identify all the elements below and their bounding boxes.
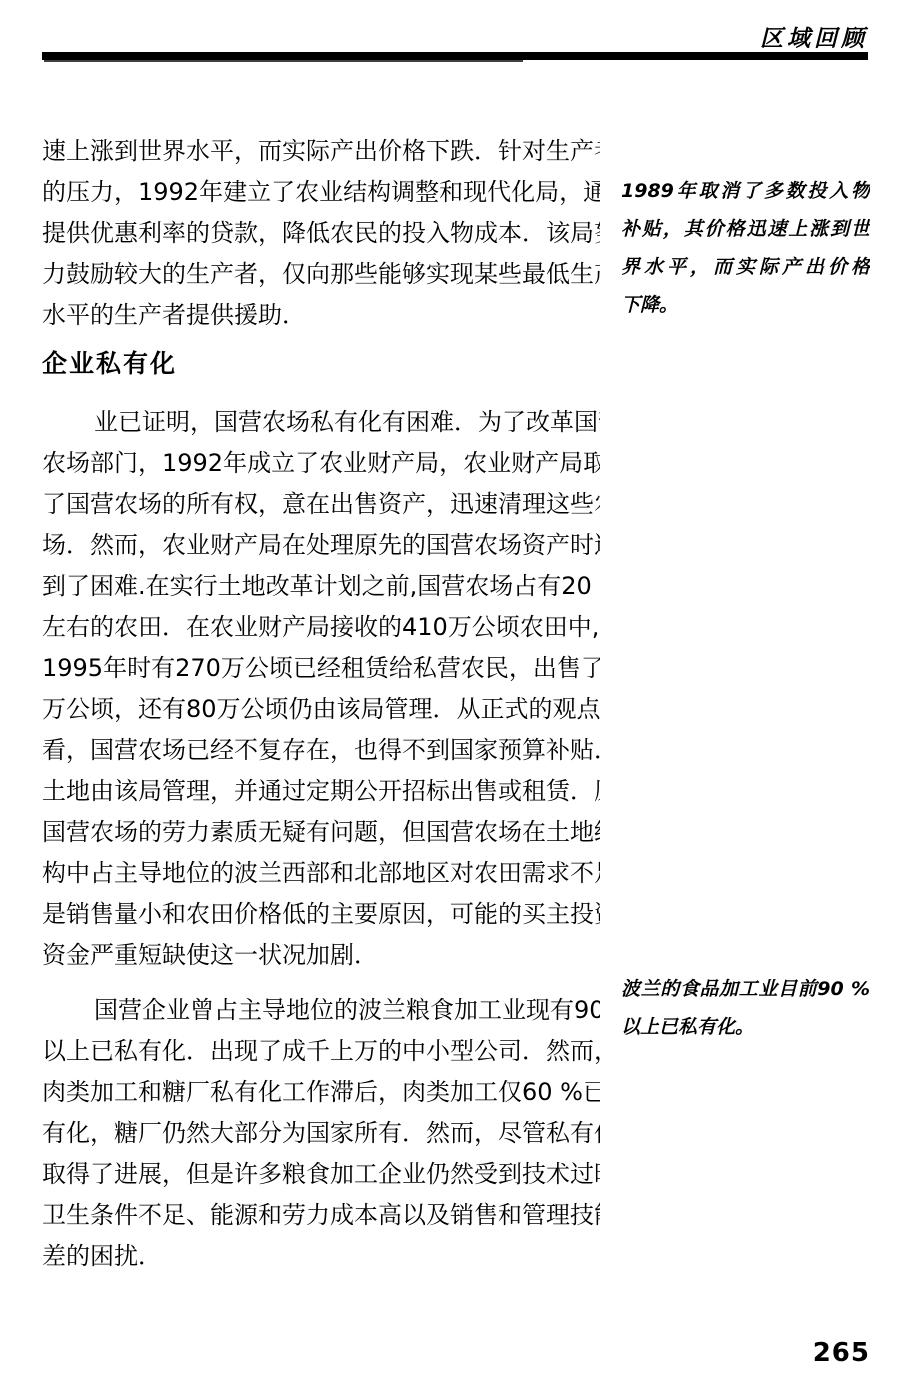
text-line: 国营农场的劳力素质无疑有问题，但国营农场在土地结 <box>42 812 600 853</box>
text-line: 国营企业曾占主导地位的波兰粮食加工业现有90 % <box>42 990 600 1031</box>
text-line: 农场部门，1992年成立了农业财产局，农业财产局取得 <box>42 443 600 484</box>
text-line: 界水平，而实际产出价格 <box>621 248 870 286</box>
header-rule <box>42 52 868 60</box>
text-line: 补贴，其价格迅速上涨到世 <box>621 210 870 248</box>
section-heading: 企业私有化 <box>42 350 600 378</box>
text-line: 业已证明，国营农场私有化有困难．为了改革国营 <box>42 402 600 443</box>
text-line: 看，国营农场已经不复存在，也得不到国家预算补贴． <box>42 730 600 771</box>
text-line: 构中占主导地位的波兰西部和北部地区对农田需求不足， <box>42 853 600 894</box>
text-line: 了国营农场的所有权，意在出售资产，迅速清理这些农 <box>42 484 600 525</box>
text-line: 以上已私有化．出现了成千上万的中小型公司．然而， <box>42 1031 600 1072</box>
text-line: 速上涨到世界水平，而实际产出价格下跌．针对生产者 <box>42 131 600 172</box>
paragraph: 业已证明，国营农场私有化有困难．为了改革国营农场部门，1992年成立了农业财产局… <box>42 402 600 976</box>
text-line: 1989年取消了多数投入物 <box>621 172 870 210</box>
margin-note: 1989年取消了多数投入物补贴，其价格迅速上涨到世界水平，而实际产出价格下降。 <box>621 172 870 324</box>
page-number: 265 <box>813 1338 870 1368</box>
text-line: 万公顷，还有80万公顷仍由该局管理．从正式的观点来 <box>42 689 600 730</box>
text-line: 到了困难.在实行土地改革计划之前,国营农场占有20 % <box>42 566 600 607</box>
paragraph: 国营企业曾占主导地位的波兰粮食加工业现有90 %以上已私有化．出现了成千上万的中… <box>42 990 600 1277</box>
text-line: 资金严重短缺使这一状况加剧． <box>42 935 600 976</box>
text-line: 下降。 <box>621 286 870 324</box>
text-line: 肉类加工和糖厂私有化工作滞后，肉类加工仅60 %已私 <box>42 1072 600 1113</box>
text-line: 取得了进展，但是许多粮食加工企业仍然受到技术过时、 <box>42 1154 600 1195</box>
text-line: 土地由该局管理，并通过定期公开招标出售或租赁．原 <box>42 771 600 812</box>
text-line: 有化，糖厂仍然大部分为国家所有．然而，尽管私有化 <box>42 1113 600 1154</box>
running-header: 区域回顾 <box>760 20 868 53</box>
text-line: 以上已私有化。 <box>621 1008 870 1046</box>
text-line: 的压力，1992年建立了农业结构调整和现代化局，通过 <box>42 172 600 213</box>
text-line: 水平的生产者提供援助． <box>42 295 600 336</box>
text-line: 1995年时有270万公顷已经租赁给私营农民，出售了11.6 <box>42 648 600 689</box>
body-column: 速上涨到世界水平，而实际产出价格下跌．针对生产者的压力，1992年建立了农业结构… <box>42 131 600 1277</box>
margin-note: 波兰的食品加工业目前90 %以上已私有化。 <box>621 970 870 1046</box>
text-line: 左右的农田．在农业财产局接收的410万公顷农田中,到 <box>42 607 600 648</box>
text-line: 提供优惠利率的贷款，降低农民的投入物成本．该局努 <box>42 213 600 254</box>
paragraph: 速上涨到世界水平，而实际产出价格下跌．针对生产者的压力，1992年建立了农业结构… <box>42 131 600 336</box>
text-line: 卫生条件不足、能源和劳力成本高以及销售和管理技能 <box>42 1195 600 1236</box>
text-line: 波兰的食品加工业目前90 % <box>621 970 870 1008</box>
document-page: 区域回顾 速上涨到世界水平，而实际产出价格下跌．针对生产者的压力，1992年建立… <box>0 0 900 1400</box>
text-line: 力鼓励较大的生产者，仅向那些能够实现某些最低生产 <box>42 254 600 295</box>
text-line: 是销售量小和农田价格低的主要原因，可能的买主投资 <box>42 894 600 935</box>
text-line: 差的困扰． <box>42 1236 600 1277</box>
text-line: 场．然而，农业财产局在处理原先的国营农场资产时遇 <box>42 525 600 566</box>
